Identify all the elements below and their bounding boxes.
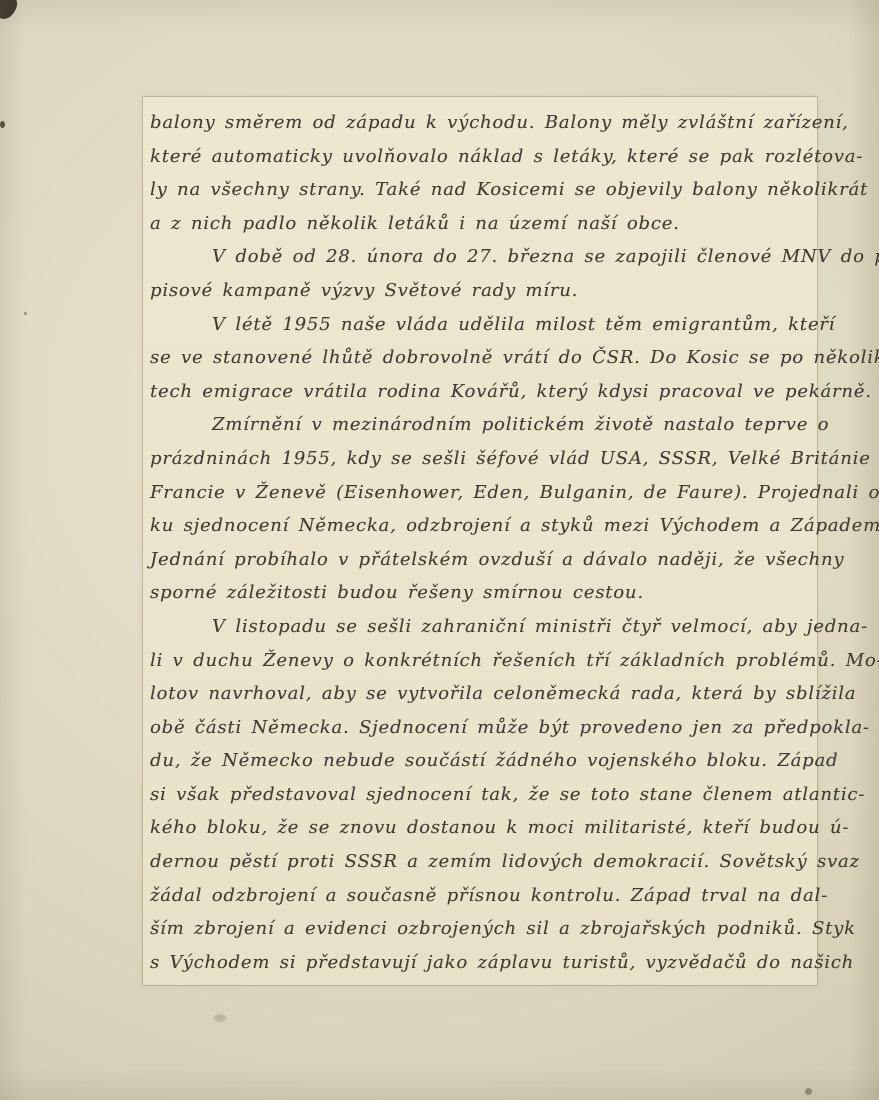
handwritten-line: sporné záležitosti budou řešeny smírnou … bbox=[150, 576, 817, 610]
corner-shadow-mark bbox=[0, 0, 21, 23]
handwritten-line: obě části Německa. Sjednocení může být p… bbox=[150, 711, 817, 745]
handwritten-line: tech emigrace vrátila rodina Kovářů, kte… bbox=[150, 375, 817, 409]
paper-speck-bottom bbox=[805, 1088, 812, 1095]
pasted-handwritten-sheet: balony směrem od západu k východu. Balon… bbox=[143, 97, 817, 985]
handwriting-text-block: balony směrem od západu k východu. Balon… bbox=[150, 106, 817, 979]
handwritten-line: ku sjednocení Německa, odzbrojení a styk… bbox=[150, 509, 817, 543]
handwritten-line: ly na všechny strany. Také nad Kosicemi … bbox=[150, 173, 817, 207]
handwritten-line: prázdninách 1955, kdy se sešli šéfové vl… bbox=[150, 442, 817, 476]
left-edge-speck bbox=[0, 121, 5, 128]
handwritten-line: balony směrem od západu k východu. Balon… bbox=[150, 106, 817, 140]
handwritten-line: Zmírnění v mezinárodním politickém život… bbox=[150, 408, 817, 442]
handwritten-line: které automaticky uvolňovalo náklad s le… bbox=[150, 140, 817, 174]
scanned-chronicle-page: balony směrem od západu k východu. Balon… bbox=[0, 0, 879, 1100]
paper-smudge bbox=[214, 1014, 226, 1022]
handwritten-line: V listopadu se sešli zahraniční ministři… bbox=[150, 610, 817, 644]
handwritten-line: kého bloku, že se znovu dostanou k moci … bbox=[150, 811, 817, 845]
handwritten-line: Jednání probíhalo v přátelském ovzduší a… bbox=[150, 543, 817, 577]
handwritten-line: se ve stanovené lhůtě dobrovolně vrátí d… bbox=[150, 341, 817, 375]
handwritten-line: a z nich padlo několik letáků i na území… bbox=[150, 207, 817, 241]
handwritten-line: si však představoval sjednocení tak, že … bbox=[150, 778, 817, 812]
handwritten-line: s Východem si představují jako záplavu t… bbox=[150, 946, 817, 980]
handwritten-line: dernou pěstí proti SSSR a zemím lidových… bbox=[150, 845, 817, 879]
handwritten-line: V době od 28. února do 27. března se zap… bbox=[150, 240, 817, 274]
handwritten-line: du, že Německo nebude součástí žádného v… bbox=[150, 744, 817, 778]
handwritten-line: lotov navrhoval, aby se vytvořila celoně… bbox=[150, 677, 817, 711]
paper-speck bbox=[24, 312, 27, 315]
handwritten-line: pisové kampaně výzvy Světové rady míru. bbox=[150, 274, 817, 308]
handwritten-line: Francie v Ženevě (Eisenhower, Eden, Bulg… bbox=[150, 476, 817, 510]
handwritten-line: ším zbrojení a evidenci ozbrojených sil … bbox=[150, 912, 817, 946]
handwritten-line: li v duchu Ženevy o konkrétních řešeních… bbox=[150, 644, 817, 678]
handwritten-line: žádal odzbrojení a současně přísnou kont… bbox=[150, 879, 817, 913]
handwritten-line: V létě 1955 naše vláda udělila milost tě… bbox=[150, 308, 817, 342]
